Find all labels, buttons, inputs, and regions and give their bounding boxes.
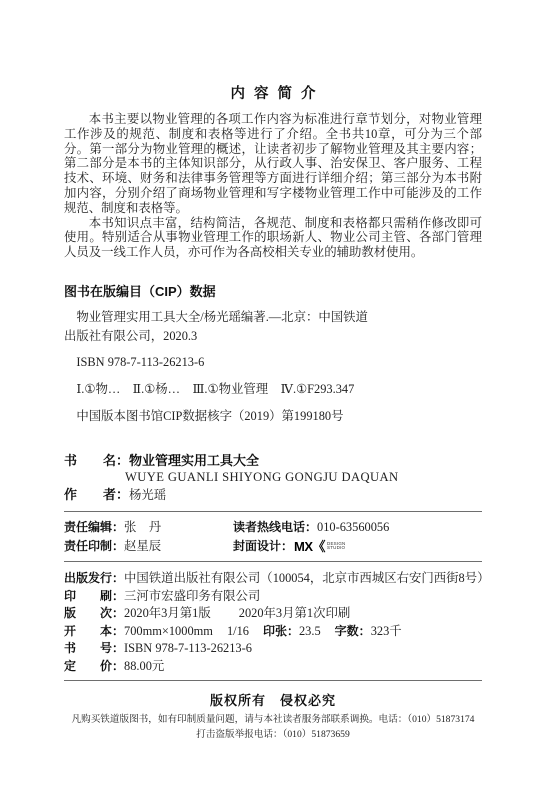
format-fraction-value: 1/16 <box>227 623 249 641</box>
cip-record-line: 中国版本图书馆CIP数据核字（2019）第199180号 <box>64 407 482 426</box>
divider-2 <box>64 561 482 562</box>
book-author-label: 作 者： <box>64 486 129 503</box>
edition-label: 版 次： <box>64 605 124 623</box>
mx-studio-logo-icon: MX《 DESIGN STUDIO <box>294 537 345 556</box>
editor-value: 张 丹 <box>124 518 161 537</box>
word-count-label: 字数： <box>335 623 371 641</box>
copyright-section: 版权所有 侵权必究 凡购买铁道版图书，如有印制质量问题，请与本社读者服务部联系调… <box>64 690 482 742</box>
cover-design-label: 封面设计： <box>233 537 293 556</box>
copyright-notice: 版权所有 侵权必究 <box>64 690 482 709</box>
book-number-label: 书 号： <box>64 640 124 658</box>
cip-isbn-line: ISBN 978-7-113-26213-6 <box>64 353 482 372</box>
format-size-value: 700mm×1000mm <box>124 623 213 641</box>
book-title-label: 书 名： <box>64 452 129 469</box>
intro-section: 本书主要以物业管理的各项工作内容为标准进行章节划分，对物业管理工作涉及的规范、制… <box>64 112 482 260</box>
copyright-page: 内容简介 本书主要以物业管理的各项工作内容为标准进行章节划分，对物业管理工作涉及… <box>0 0 546 799</box>
format-label: 开 本： <box>64 623 124 641</box>
mx-logo-subtext: DESIGN STUDIO <box>327 542 345 551</box>
hotline-label: 读者热线电话： <box>233 518 317 537</box>
sheets-value: 23.5 <box>299 623 321 641</box>
publisher-value: 中国铁道出版社有限公司（100054，北京市西城区右安门西街8号） <box>124 570 490 588</box>
book-number-value: ISBN 978-7-113-26213-6 <box>124 640 252 658</box>
printing-label: 印 刷： <box>64 588 124 606</box>
mx-logo-text: MX《 <box>294 537 325 556</box>
printer-label: 责任印制： <box>64 537 124 556</box>
cip-title-line: 物业管理实用工具大全/杨光瑶编著.—北京：中国铁道 <box>64 308 482 327</box>
price-value: 88.00元 <box>124 658 164 676</box>
cip-section: 图书在版编目（CIP）数据 物业管理实用工具大全/杨光瑶编著.—北京：中国铁道 … <box>64 281 482 426</box>
page-content: 内容简介 本书主要以物业管理的各项工作内容为标准进行章节划分，对物业管理工作涉及… <box>0 82 546 742</box>
mx-logo-subtext-line2: STUDIO <box>327 546 345 551</box>
printing-run-value: 2020年3月第1次印刷 <box>239 605 351 623</box>
printing-value: 三河市宏盛印务有限公司 <box>124 588 260 606</box>
publisher-label: 出版发行： <box>64 570 124 588</box>
copyright-line-2: 打击盗版举报电话：（010）51873659 <box>64 727 482 742</box>
book-title-value: 物业管理实用工具大全 <box>129 452 259 469</box>
edition-value: 2020年3月第1版 <box>124 605 211 623</box>
book-info-section: 书 名： 物业管理实用工具大全 WUYE GUANLI SHIYONG GONG… <box>64 452 482 504</box>
cip-classification-line: Ⅰ.①物… Ⅱ.①杨… Ⅲ.①物业管理 Ⅳ.①F293.347 <box>64 380 482 399</box>
word-count-value: 323千 <box>371 623 402 641</box>
staff-section: 责任编辑： 张 丹 读者热线电话： 010-63560056 责任印制： 赵星辰… <box>64 518 482 556</box>
hotline-value: 010-63560056 <box>317 518 389 537</box>
intro-paragraph-2: 本书知识点丰富，结构简洁，各规范、制度和表格都只需稍作修改即可使用。特别适合从事… <box>64 216 482 260</box>
intro-paragraph-1: 本书主要以物业管理的各项工作内容为标准进行章节划分，对物业管理工作涉及的规范、制… <box>64 112 482 216</box>
cip-heading: 图书在版编目（CIP）数据 <box>64 281 482 300</box>
editor-label: 责任编辑： <box>64 518 124 537</box>
book-title-pinyin: WUYE GUANLI SHIYONG GONGJU DAQUAN <box>125 469 482 486</box>
printer-value: 赵星辰 <box>124 537 161 556</box>
divider-1 <box>64 511 482 512</box>
copyright-line-1: 凡购买铁道版图书，如有印制质量问题，请与本社读者服务部联系调换。电话：（010）… <box>64 712 482 727</box>
divider-3 <box>64 680 482 681</box>
price-label: 定 价： <box>64 658 124 676</box>
book-author-value: 杨光瑶 <box>129 487 166 504</box>
sheets-label: 印张： <box>263 623 299 641</box>
publication-section: 出版发行： 中国铁道出版社有限公司（100054，北京市西城区右安门西街8号） … <box>64 570 482 676</box>
intro-title: 内容简介 <box>64 82 482 103</box>
cip-publisher-line: 出版社有限公司，2020.3 <box>64 327 482 346</box>
